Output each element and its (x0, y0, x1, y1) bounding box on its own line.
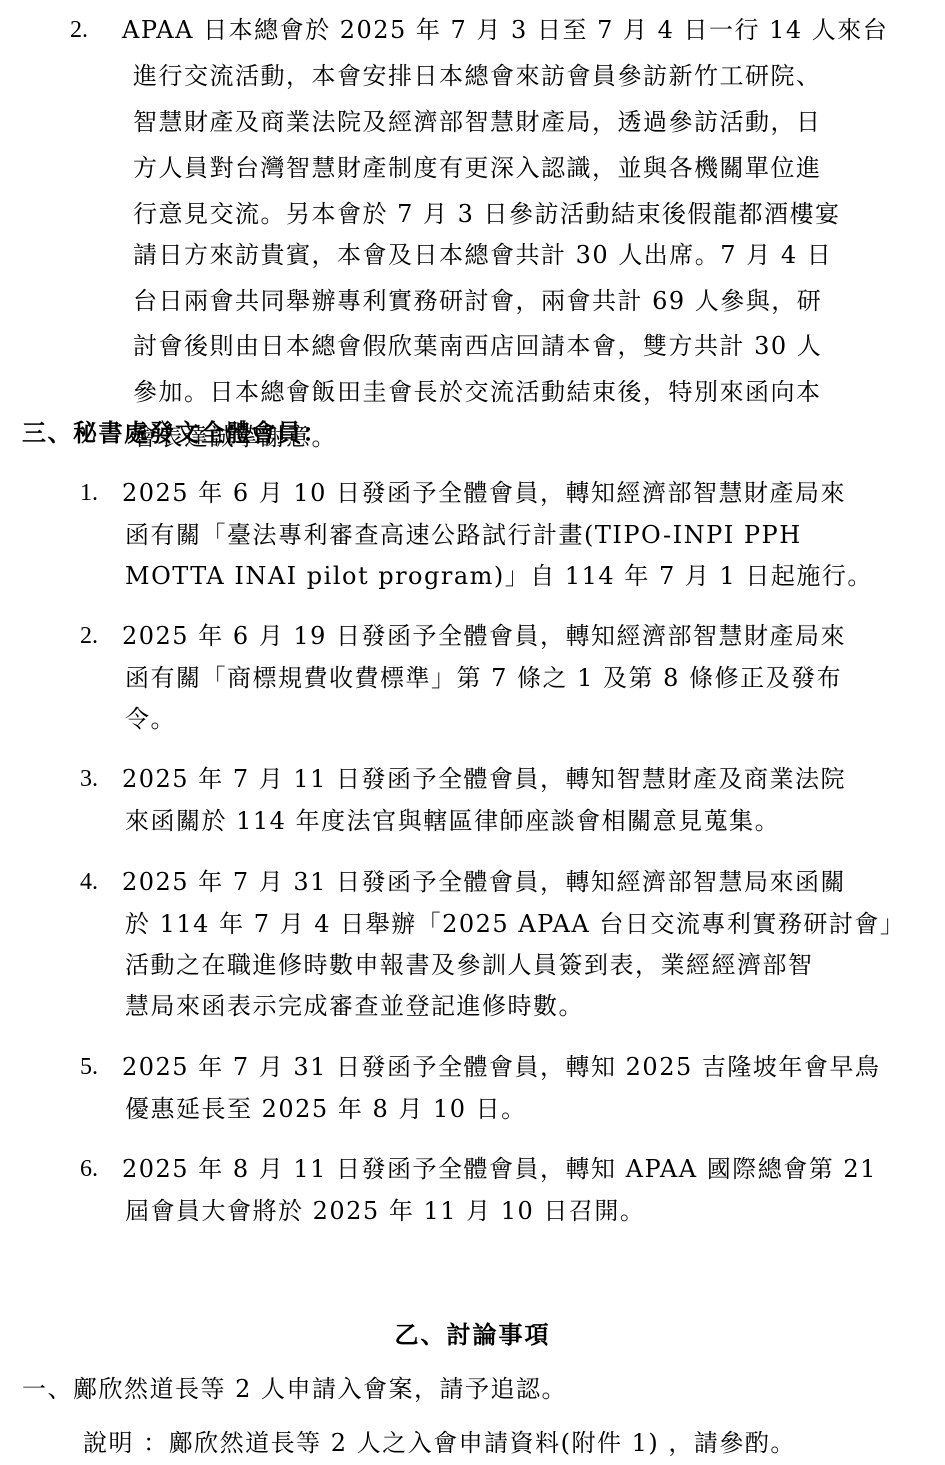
paragraph-line: 進行交流活動，本會安排日本總會來訪會員參訪新竹工研院、 (133, 61, 822, 91)
paragraph-line: APAA 日本總會於 2025 年 7 月 3 日至 7 月 4 日一行 14 … (122, 15, 888, 45)
item-line: 屆會員大會將於 2025 年 11 月 10 日召開。 (125, 1196, 645, 1226)
motion-line: 一、鄺欣然道長等 2 人申請入會案，請予追認。 (22, 1374, 567, 1404)
explanation-line: 說明 ：鄺欣然道長等 2 人之入會申請資料(附件 1) ，請參酌。 (83, 1428, 796, 1458)
item-line: 2025 年 7 月 11 日發函予全體會員，轉知智慧財產及商業法院 (122, 764, 846, 794)
discussion-items-heading: 乙、討論事項 (0, 1320, 945, 1350)
section-three-heading: 三、秘書處發文全體會員： (22, 418, 328, 448)
item-number: 3. (80, 764, 98, 794)
item-line: 2025 年 7 月 31 日發函予全體會員，轉知經濟部智慧局來函關 (122, 867, 846, 897)
item-line: 函有關「臺法專利審查高速公路試行計畫(TIPO-INPI PPH (125, 520, 802, 550)
item-line: 2025 年 8 月 11 日發函予全體會員，轉知 APAA 國際總會第 21 (122, 1154, 877, 1184)
item-number: 5. (80, 1052, 98, 1082)
item-line: 來函關於 114 年度法官與轄區律師座談會相關意見蒐集。 (125, 806, 780, 836)
item-number: 6. (80, 1154, 98, 1184)
item-line: 優惠延長至 2025 年 8 月 10 日。 (125, 1094, 527, 1124)
paragraph-line: 請日方來訪貴賓，本會及日本總會共計 30 人出席。7 月 4 日 (133, 240, 832, 270)
paragraph-line: 台日兩會共同舉辦專利實務研討會，兩會共計 69 人參與，研 (133, 286, 822, 316)
item-number: 4. (80, 867, 98, 897)
item-number: 2. (80, 621, 98, 651)
item-number: 2. (70, 15, 88, 45)
item-line: 令。 (125, 704, 176, 734)
paragraph-line: 行意見交流。另本會於 7 月 3 日參訪活動結束後假龍都酒樓宴 (133, 199, 841, 229)
item-line: 2025 年 7 月 31 日發函予全體會員，轉知 2025 吉隆坡年會早鳥 (122, 1052, 880, 1082)
item-line: 函有關「商標規費收費標準」第 7 條之 1 及第 8 條修正及發布 (125, 663, 842, 693)
item-line: 慧局來函表示完成審查並登記進修時數。 (125, 991, 584, 1021)
item-number: 1. (80, 478, 98, 508)
paragraph-line: 方人員對台灣智慧財產制度有更深入認識，並與各機關單位進 (133, 153, 822, 183)
paragraph-line: 智慧財產及商業法院及經濟部智慧財產局，透過參訪活動，日 (133, 107, 822, 137)
item-line: MOTTA INAI pilot program)」自 114 年 7 月 1 … (125, 561, 873, 591)
item-line: 2025 年 6 月 19 日發函予全體會員，轉知經濟部智慧財產局來 (122, 621, 846, 651)
paragraph-line: 討會後則由日本總會假欣葉南西店回請本會，雙方共計 30 人 (133, 331, 822, 361)
item-line: 2025 年 6 月 10 日發函予全體會員，轉知經濟部智慧財產局來 (122, 478, 846, 508)
paragraph-line: 參加。日本總會飯田圭會長於交流活動結束後，特別來函向本 (133, 377, 822, 407)
item-line: 於 114 年 7 月 4 日舉辦「2025 APAA 台日交流專利實務研討會」 (125, 909, 905, 939)
item-line: 活動之在職進修時數申報書及參訓人員簽到表，業經經濟部智 (125, 950, 814, 980)
